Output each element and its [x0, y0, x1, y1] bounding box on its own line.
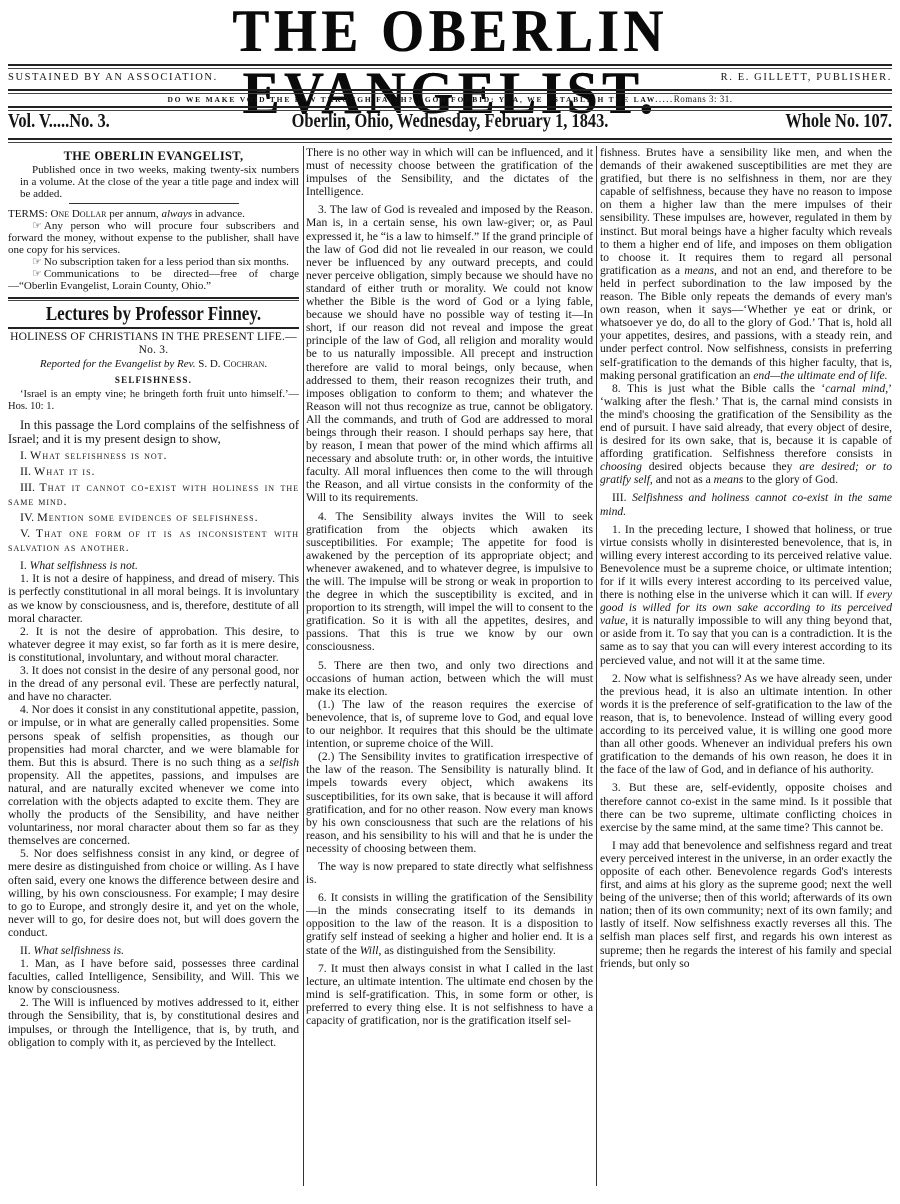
paragraph: 2. It is not the desire of approbation. …: [8, 625, 299, 664]
publication-description: Published once in two weeks, making twen…: [8, 164, 299, 200]
paragraph: 4. Nor does it consist in any constituti…: [8, 703, 299, 847]
dateline-top-rule: [8, 106, 892, 108]
terms-price: One Dollar: [50, 208, 106, 220]
paragraph: 3. The law of God is revealed and impose…: [306, 203, 593, 504]
sustained-by: SUSTAINED BY AN ASSOCIATION.: [8, 72, 218, 83]
lecture-reporter: Reported for the Evangelist by Rev. S. D…: [8, 358, 299, 371]
publication-box-title: THE OBERLIN EVANGELIST,: [8, 150, 299, 163]
paragraph: 3. But these are, self-evidently, opposi…: [600, 781, 892, 833]
paragraph-continued: fishness. Brutes have a sensibility like…: [600, 146, 892, 382]
paragraph: 5. There are then two, and only two dire…: [306, 659, 593, 698]
lecture-subject: SELFISHNESS.: [8, 374, 299, 387]
paragraph: (2.) The Sensibility invites to gratific…: [306, 750, 593, 855]
section-heading-1: I. What selfishness is not.: [8, 559, 299, 572]
outline-head: IV. Mention some evidences of selfishnes…: [8, 510, 299, 524]
paragraph-continued: There is no other way in which will can …: [306, 146, 593, 198]
masthead-rule: [8, 64, 892, 66]
paragraph: I may add that benevolence and selfishne…: [600, 839, 892, 970]
column-2: There is no other way in which will can …: [306, 146, 593, 1196]
paragraph: 6. It consists in willing the gratificat…: [306, 891, 593, 956]
pointing-hand-icon: ☞: [20, 268, 42, 280]
publisher-line: SUSTAINED BY AN ASSOCIATION. R. E. GILLE…: [8, 72, 892, 86]
paragraph: 8. This is just what the Bible calls the…: [600, 382, 892, 487]
dateline-bottom-rule: [8, 138, 892, 140]
paragraph: The way is now prepared to state directl…: [306, 860, 593, 886]
column-1: THE OBERLIN EVANGELIST, Published once i…: [8, 146, 299, 1196]
outline-head: III. That it cannot co-exist with holine…: [8, 480, 299, 508]
paragraph: 2. Now what is selfishness? As we have a…: [600, 672, 892, 777]
paragraph: 1. In the preceding lecture, I showed th…: [600, 523, 892, 667]
place-and-date: Oberlin, Ohio, Wednesday, February 1, 18…: [292, 110, 609, 133]
motto-top-rule: [8, 89, 892, 91]
page-columns: THE OBERLIN EVANGELIST, Published once i…: [8, 146, 892, 1196]
paragraph: 1. Man, as I have before said, possesses…: [8, 957, 299, 996]
pointing-hand-icon: ☞: [20, 220, 42, 232]
epigraph: ‘Israel is an empty vine; he bringeth fo…: [8, 389, 299, 413]
column-3: fishness. Brutes have a sensibility like…: [600, 146, 892, 1196]
notice-3: ☞Communications to be directed—free of c…: [8, 268, 299, 292]
section-heading-3: III. Selfishness and holiness cannot co-…: [600, 491, 892, 517]
lecture-title: Lectures by Professor Finney.: [30, 302, 277, 326]
paragraph: 4. The Sensibility always invites the Wi…: [306, 510, 593, 654]
paragraph: 1. It is not a desire of happiness, and …: [8, 572, 299, 624]
masthead: THE OBERLIN EVANGELIST.: [0, 0, 900, 62]
publisher-name: R. E. GILLETT, PUBLISHER.: [721, 72, 892, 83]
paragraph: 7. It must then always consist in what I…: [306, 962, 593, 1027]
notice-1: ☞Any person who will procure four subscr…: [8, 220, 299, 256]
notice-2: ☞No subscription taken for a less period…: [8, 256, 299, 268]
terms-line: TERMS: One Dollar per annum, always in a…: [8, 208, 299, 220]
intro-paragraph: In this passage the Lord complains of th…: [8, 418, 299, 446]
motto-citation: Romans 3: 31.: [674, 94, 733, 104]
lecture-title-rule: [8, 327, 299, 329]
motto-line: DO WE MAKE VOID THE LAW THROUGH FAITH?..…: [0, 94, 900, 104]
whole-number: Whole No. 107.: [785, 110, 892, 133]
outline-heads: I. What selfishness is not. II. What it …: [8, 448, 299, 554]
motto-text: DO WE MAKE VOID THE LAW THROUGH FAITH?..…: [167, 95, 673, 104]
volume-number: Vol. V.....No. 3.: [8, 110, 110, 133]
paragraph: 5. Nor does selfishness consist in any k…: [8, 847, 299, 939]
outline-head: V. That one form of it is as inconsisten…: [8, 526, 299, 554]
outline-head: II. What it is.: [8, 464, 299, 478]
lecture-series: HOLINESS OF CHRISTIANS IN THE PRESENT LI…: [8, 331, 299, 356]
section-heading-2: II. What selfishness is.: [8, 944, 299, 957]
outline-head: I. What selfishness is not.: [8, 448, 299, 462]
lecture-top-rule-thin: [8, 300, 299, 301]
box-rule: [69, 203, 239, 204]
lecture-top-rule: [8, 297, 299, 299]
paragraph: (1.) The law of the reason requires the …: [306, 698, 593, 750]
pointing-hand-icon: ☞: [20, 256, 42, 268]
paragraph: 3. It does not consist in the desire of …: [8, 664, 299, 703]
paragraph: 2. The Will is influenced by motives add…: [8, 996, 299, 1048]
dateline: Vol. V.....No. 3. Oberlin, Ohio, Wednesd…: [8, 110, 892, 134]
